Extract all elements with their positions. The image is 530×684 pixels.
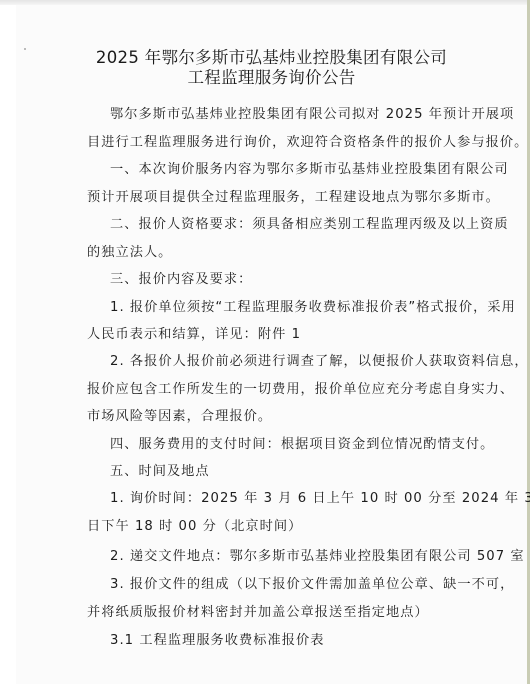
section-3-item-2: 市场风险等因素，合理报价。 [87, 405, 457, 424]
document-title-line-2: 工程监理服务询价公告 [16, 64, 527, 88]
section-5-item-1: 1. 询价时间：2025 年 3 月 6 日上午 10 时 00 分至 2024… [110, 487, 480, 506]
section-3-item-2: 报价应包含工作所发生的一切费用，报价单位应充分考虑自身实力、 [87, 378, 457, 397]
section-2-line: 二、报价人资格要求：须具备相应类别工程监理丙级及以上资质 [110, 213, 480, 232]
section-3-item-1: 1. 报价单位须按“工程监理服务收费标准报价表”格式报价，采用 [110, 296, 480, 315]
section-3-item-1: 人民币表示和结算，详见：附件 1 [87, 323, 457, 342]
section-5-item-3-1: 3.1 工程监理服务收费标准报价表 [110, 629, 480, 648]
section-1-line: 预计开展项目提供全过程监理服务，工程建设地点为鄂尔多斯市。 [87, 186, 457, 205]
paragraph-line: 目进行工程监理服务进行询价，欢迎符合资格条件的报价人参与报价。 [87, 131, 457, 150]
section-3-heading: 三、报价内容及要求： [110, 268, 480, 287]
section-5-item-1: 日下午 18 时 00 分（北京时间） [87, 515, 457, 534]
section-4-line: 四、服务费用的支付时间：根据项目资金到位情况酌情支付。 [110, 433, 480, 452]
section-3-item-2: 2. 各报价人报价前必须进行调查了解，以便报价人获取资料信息， [110, 350, 480, 369]
section-5-item-3: 3. 报价文件的组成（以下报价文件需加盖单位公章、缺一不可， [110, 573, 480, 592]
section-5-item-2: 2. 递交文件地点：鄂尔多斯市弘基炜业控股集团有限公司 507 室 [110, 545, 480, 564]
section-5-heading: 五、时间及地点 [110, 460, 480, 479]
section-1-line: 一、本次询价服务内容为鄂尔多斯市弘基炜业控股集团有限公司 [110, 158, 480, 177]
paragraph-line: 鄂尔多斯市弘基炜业控股集团有限公司拟对 2025 年预计开展项 [110, 103, 480, 122]
section-5-item-3: 并将纸质版报价材料密封并加盖公章报送至指定地点） [87, 601, 457, 620]
section-2-line: 的独立法人。 [87, 241, 457, 260]
